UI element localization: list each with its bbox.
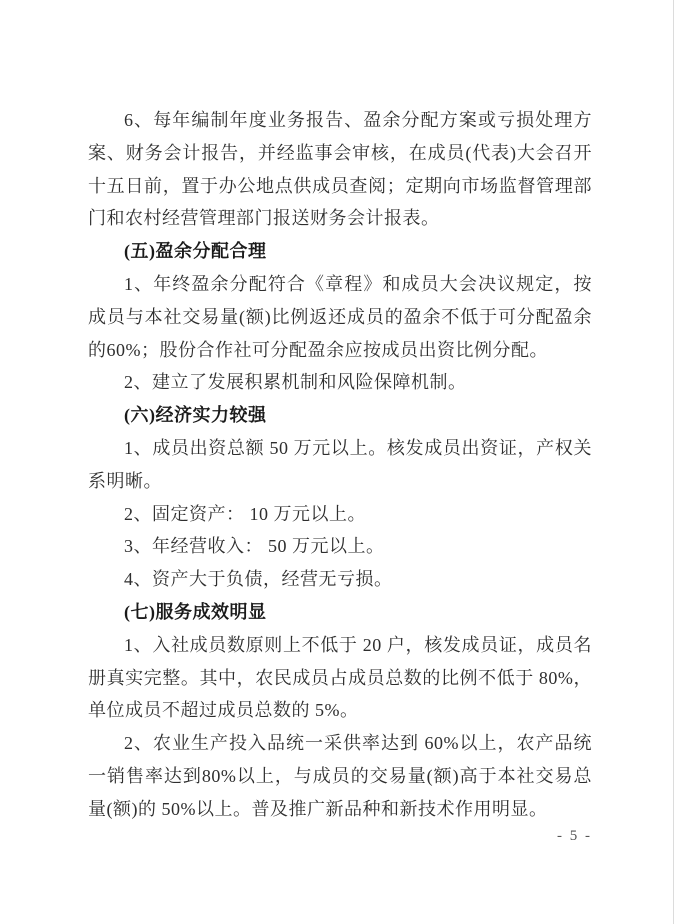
para-surplus-distribution-rule: 1、年终盈余分配符合《章程》和成员大会决议规定，按成员与本社交易量(额)比例返还… xyxy=(88,268,592,366)
para-member-capital-total: 1、成员出资总额 50 万元以上。核发成员出资证，产权关系明晰。 xyxy=(88,432,592,498)
scan-edge-line xyxy=(673,0,674,924)
page-number: - 5 - xyxy=(557,828,592,845)
para-unified-supply-sales-rate: 2、农业生产投入品统一采供率达到 60%以上，农产品统一销售率达到80%以上，与… xyxy=(88,727,592,825)
document-text-block: 6、每年编制年度业务报告、盈余分配方案或亏损处理方案、财务会计报告，并经监事会审… xyxy=(88,104,592,826)
heading-section-7-service-effect: (七)服务成效明显 xyxy=(88,596,592,629)
para-assets-greater-than-liabilities: 4、资产大于负债，经营无亏损。 xyxy=(88,563,592,596)
para-fixed-assets: 2、固定资产： 10 万元以上。 xyxy=(88,498,592,531)
heading-section-6-economic-strength: (六)经济实力较强 xyxy=(88,399,592,432)
heading-section-5-surplus-distribution: (五)盈余分配合理 xyxy=(88,235,592,268)
para-annual-business-report: 6、每年编制年度业务报告、盈余分配方案或亏损处理方案、财务会计报告，并经监事会审… xyxy=(88,104,592,235)
para-annual-operating-income: 3、年经营收入： 50 万元以上。 xyxy=(88,530,592,563)
document-page: 6、每年编制年度业务报告、盈余分配方案或亏损处理方案、财务会计报告，并经监事会审… xyxy=(0,0,677,924)
para-member-count-requirement: 1、入社成员数原则上不低于 20 户，核发成员证，成员名册真实完整。其中，农民成… xyxy=(88,629,592,727)
para-development-reserve-mechanism: 2、建立了发展积累机制和风险保障机制。 xyxy=(88,366,592,399)
